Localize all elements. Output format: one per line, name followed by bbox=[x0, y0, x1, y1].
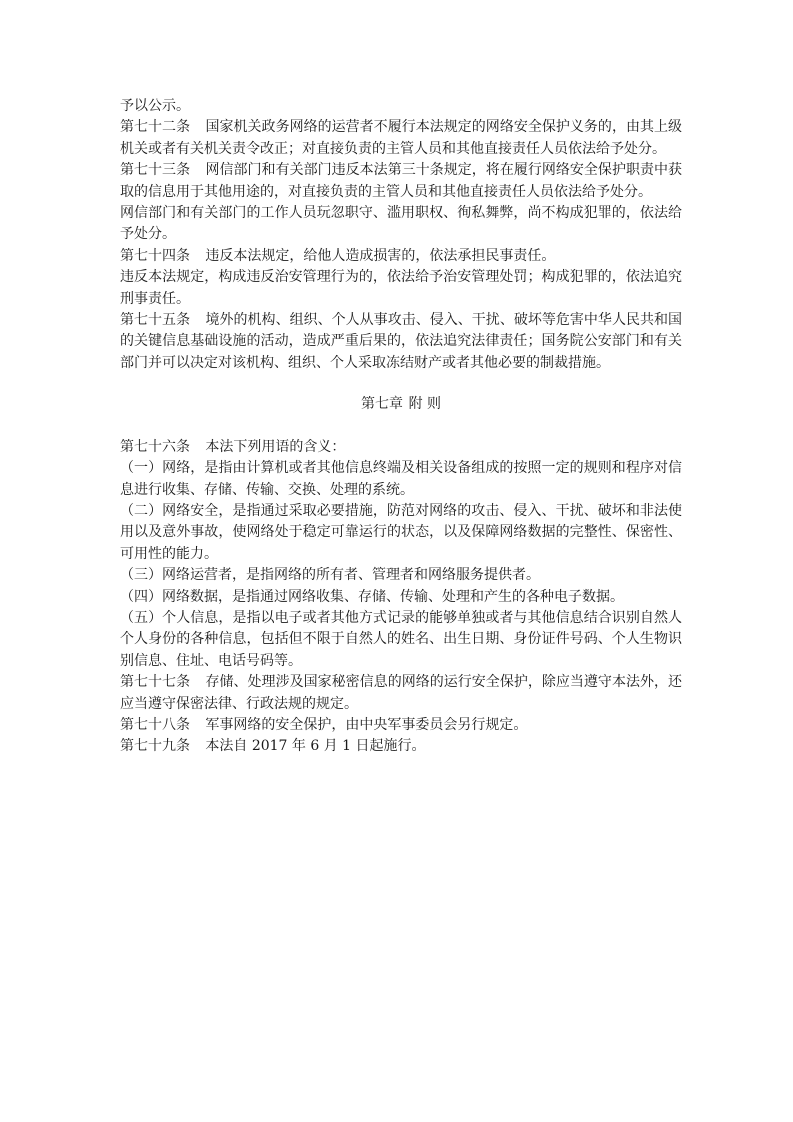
article-78: 第七十八条军事网络的安全保护，由中央军事委员会另行规定。 bbox=[120, 715, 682, 736]
definition-network-security: （二）网络安全，是指通过采取必要措施，防范对网络的攻击、侵入、干扰、破坏和非法使… bbox=[120, 501, 682, 565]
article-73-paragraph-2: 网信部门和有关部门的工作人员玩忽职守、滥用职权、徇私舞弊，尚不构成犯罪的，依法给… bbox=[120, 203, 682, 246]
article-text: 存储、处理涉及国家秘密信息的网络的运行安全保护，除应当遵守本法外，还应当遵守保密… bbox=[120, 674, 682, 711]
paragraph-text: 网信部门和有关部门的工作人员玩忽职守、滥用职权、徇私舞弊，尚不构成犯罪的，依法给… bbox=[120, 205, 682, 242]
chapter-title: 附 则 bbox=[409, 396, 441, 412]
article-number: 第七十八条 bbox=[120, 717, 190, 733]
article-74-paragraph-2: 违反本法规定，构成违反治安管理行为的，依法给予治安管理处罚；构成犯罪的，依法追究… bbox=[120, 267, 682, 310]
article-text: 军事网络的安全保护，由中央军事委员会另行规定。 bbox=[205, 717, 527, 733]
paragraph-text: （五）个人信息，是指以电子或者其他方式记录的能够单独或者与其他信息结合识别自然人… bbox=[120, 610, 682, 669]
article-75: 第七十五条境外的机构、组织、个人从事攻击、侵入、干扰、破坏等危害中华人民共和国的… bbox=[120, 310, 682, 374]
article-text: 境外的机构、组织、个人从事攻击、侵入、干扰、破坏等危害中华人民共和国的关键信息基… bbox=[120, 312, 682, 371]
paragraph-text: 违反本法规定，构成违反治安管理行为的，依法给予治安管理处罚；构成犯罪的，依法追究… bbox=[120, 269, 682, 306]
article-79: 第七十九条本法自 2017 年 6 月 1 日起施行。 bbox=[120, 736, 682, 757]
article-76: 第七十六条本法下列用语的含义： bbox=[120, 437, 682, 458]
article-number: 第七十二条 bbox=[120, 119, 190, 135]
article-73: 第七十三条网信部门和有关部门违反本法第三十条规定，将在履行网络安全保护职责中获取… bbox=[120, 160, 682, 203]
article-number: 第七十六条 bbox=[120, 439, 190, 455]
chapter-number: 第七章 bbox=[361, 396, 403, 412]
paragraph-text: （四）网络数据，是指通过网络收集、存储、传输、处理和产生的各种电子数据。 bbox=[120, 589, 624, 605]
definition-network-data: （四）网络数据，是指通过网络收集、存储、传输、处理和产生的各种电子数据。 bbox=[120, 587, 682, 608]
article-text: 国家机关政务网络的运营者不履行本法规定的网络安全保护义务的，由其上级机关或者有关… bbox=[120, 119, 682, 156]
document-page: 予以公示。 第七十二条国家机关政务网络的运营者不履行本法规定的网络安全保护义务的… bbox=[120, 96, 682, 758]
article-text: 本法下列用语的含义： bbox=[205, 439, 345, 455]
article-text: 违反本法规定，给他人造成损害的，依法承担民事责任。 bbox=[205, 248, 555, 264]
definition-network: （一）网络，是指由计算机或者其他信息终端及相关设备组成的按照一定的规则和程序对信… bbox=[120, 458, 682, 501]
article-number: 第七十九条 bbox=[120, 738, 190, 754]
article-72: 第七十二条国家机关政务网络的运营者不履行本法规定的网络安全保护义务的，由其上级机… bbox=[120, 117, 682, 160]
chapter-heading: 第七章附 则 bbox=[120, 394, 682, 415]
article-text: 本法自 2017 年 6 月 1 日起施行。 bbox=[205, 738, 425, 754]
article-number: 第七十七条 bbox=[120, 674, 190, 690]
article-text: 网信部门和有关部门违反本法第三十条规定，将在履行网络安全保护职责中获取的信息用于… bbox=[120, 162, 682, 199]
paragraph-text: （三）网络运营者，是指网络的所有者、管理者和网络服务提供者。 bbox=[120, 567, 540, 583]
article-number: 第七十五条 bbox=[120, 312, 190, 328]
definition-network-operator: （三）网络运营者，是指网络的所有者、管理者和网络服务提供者。 bbox=[120, 565, 682, 586]
article-74: 第七十四条违反本法规定，给他人造成损害的，依法承担民事责任。 bbox=[120, 246, 682, 267]
paragraph-text: （一）网络，是指由计算机或者其他信息终端及相关设备组成的按照一定的规则和程序对信… bbox=[120, 460, 682, 497]
article-number: 第七十四条 bbox=[120, 248, 190, 264]
continuation-paragraph: 予以公示。 bbox=[120, 96, 682, 117]
definition-personal-info: （五）个人信息，是指以电子或者其他方式记录的能够单独或者与其他信息结合识别自然人… bbox=[120, 608, 682, 672]
article-number: 第七十三条 bbox=[120, 162, 190, 178]
article-77: 第七十七条存储、处理涉及国家秘密信息的网络的运行安全保护，除应当遵守本法外，还应… bbox=[120, 672, 682, 715]
paragraph-text: （二）网络安全，是指通过采取必要措施，防范对网络的攻击、侵入、干扰、破坏和非法使… bbox=[120, 503, 682, 562]
paragraph-text: 予以公示。 bbox=[120, 98, 190, 114]
